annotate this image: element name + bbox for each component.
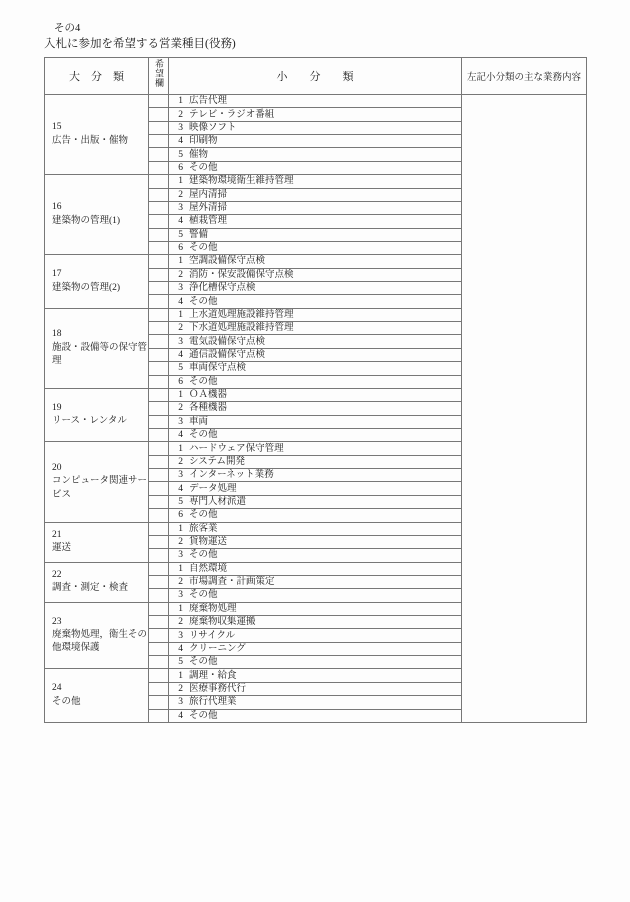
wish-checkbox-cell: [149, 108, 169, 121]
major-category-cell: 20コンピュータ関連サービス: [45, 442, 149, 522]
minor-category-number: 1: [172, 603, 183, 615]
minor-category-label: 貨物運送: [189, 537, 227, 547]
minor-category-label: 廃棄物処理: [189, 604, 237, 614]
minor-category-label: インターネット業務: [189, 470, 274, 480]
wish-checkbox-cell: [149, 215, 169, 228]
minor-category-label: 医療事務代行: [189, 684, 246, 694]
minor-category-cell: 3インターネット業務: [169, 469, 462, 482]
wish-checkbox-cell: [149, 95, 169, 108]
minor-category-number: 1: [172, 389, 183, 401]
minor-category-number: 4: [172, 429, 183, 441]
wish-checkbox-cell: [149, 388, 169, 401]
minor-category-cell: 1ハードウェア保守管理: [169, 442, 462, 455]
wish-checkbox-cell: [149, 642, 169, 655]
header-business-content: 左記小分類の主な業務内容: [462, 58, 587, 95]
major-category-number: 21: [52, 529, 147, 542]
minor-category-cell: 6その他: [169, 509, 462, 522]
header-row: 大 分 類 希望欄 小 分 類 左記小分類の主な業務内容: [45, 58, 587, 95]
minor-category-label: 電気設備保守点検: [189, 337, 265, 347]
minor-category-cell: 1自然環境: [169, 562, 462, 575]
minor-category-label: その他: [189, 711, 218, 721]
minor-category-label: 広告代理: [189, 96, 227, 106]
minor-category-number: 1: [172, 443, 183, 455]
minor-category-cell: 2貨物運送: [169, 535, 462, 548]
minor-category-cell: 2医療事務代行: [169, 682, 462, 695]
minor-category-label: 自然環境: [189, 564, 227, 574]
minor-category-cell: 4通信設備保守点検: [169, 348, 462, 361]
wish-checkbox-cell: [149, 402, 169, 415]
major-category-cell: 15広告・出版・催物: [45, 95, 149, 175]
minor-category-number: 3: [172, 696, 183, 708]
minor-category-number: 5: [172, 229, 183, 241]
minor-category-number: 1: [172, 175, 183, 187]
minor-category-label: 上水道処理施設維持管理: [189, 310, 294, 320]
wish-checkbox-cell: [149, 549, 169, 562]
minor-category-number: 2: [172, 322, 183, 334]
major-category-cell: 17建築物の管理(2): [45, 255, 149, 308]
wish-checkbox-cell: [149, 482, 169, 495]
wish-checkbox-cell: [149, 709, 169, 722]
minor-category-cell: 4その他: [169, 709, 462, 722]
minor-category-cell: 3電気設備保守点検: [169, 335, 462, 348]
minor-category-cell: 1建築物環境衛生維持管理: [169, 175, 462, 188]
business-content-cell: [462, 95, 587, 723]
minor-category-cell: 5その他: [169, 656, 462, 669]
minor-category-cell: 3その他: [169, 549, 462, 562]
minor-category-number: 2: [172, 402, 183, 414]
major-category-name: リース・レンタル: [52, 415, 147, 428]
major-category-cell: 19リース・レンタル: [45, 388, 149, 441]
minor-category-number: 5: [172, 149, 183, 161]
minor-category-label: クリーニング: [189, 644, 246, 654]
wish-checkbox-cell: [149, 148, 169, 161]
minor-category-number: 3: [172, 589, 183, 601]
classification-table: 大 分 類 希望欄 小 分 類 左記小分類の主な業務内容 15広告・出版・催物1…: [44, 57, 587, 723]
minor-category-label: システム開発: [189, 457, 245, 467]
wish-checkbox-cell: [149, 335, 169, 348]
minor-category-number: 2: [172, 536, 183, 548]
minor-category-cell: 2廃棄物収集運搬: [169, 616, 462, 629]
minor-category-label: その他: [189, 430, 218, 440]
wish-checkbox-cell: [149, 282, 169, 295]
wish-checkbox-cell: [149, 268, 169, 281]
major-category-cell: 22調査・測定・検査: [45, 562, 149, 602]
wish-checkbox-cell: [149, 175, 169, 188]
major-category-cell: 23廃棄物処理，衛生その他環境保護: [45, 602, 149, 669]
major-category-cell: 16建築物の管理(1): [45, 175, 149, 255]
minor-category-number: 6: [172, 376, 183, 388]
major-category-name: 廃棄物処理，衛生その他環境保護: [52, 629, 147, 656]
wish-checkbox-cell: [149, 442, 169, 455]
major-category-name: 調査・測定・検査: [52, 582, 147, 595]
major-category-number: 15: [52, 121, 147, 134]
minor-category-cell: 6その他: [169, 161, 462, 174]
minor-category-cell: 3その他: [169, 589, 462, 602]
minor-category-number: 2: [172, 456, 183, 468]
minor-category-number: 4: [172, 135, 183, 147]
minor-category-number: 1: [172, 523, 183, 535]
minor-category-label: 屋内清掃: [189, 190, 227, 200]
wish-checkbox-cell: [149, 362, 169, 375]
wish-checkbox-cell: [149, 201, 169, 214]
minor-category-cell: 5警備: [169, 228, 462, 241]
wish-checkbox-cell: [149, 121, 169, 134]
wish-checkbox-cell: [149, 575, 169, 588]
major-category-name: その他: [52, 696, 147, 709]
minor-category-cell: 2屋内清掃: [169, 188, 462, 201]
minor-category-number: 6: [172, 162, 183, 174]
minor-category-label: 各種機器: [189, 403, 227, 413]
minor-category-number: 4: [172, 483, 183, 495]
major-category-number: 24: [52, 682, 147, 695]
minor-category-number: 3: [172, 282, 183, 294]
minor-category-cell: 2システム開発: [169, 455, 462, 468]
wish-checkbox-cell: [149, 161, 169, 174]
wish-checkbox-cell: [149, 348, 169, 361]
minor-category-number: 1: [172, 309, 183, 321]
major-category-name: 施設・設備等の保守管理: [52, 342, 147, 369]
wish-checkbox-cell: [149, 509, 169, 522]
major-category-number: 22: [52, 569, 147, 582]
minor-category-number: 3: [172, 202, 183, 214]
minor-category-cell: 2テレビ・ラジオ番組: [169, 108, 462, 121]
minor-category-number: 6: [172, 509, 183, 521]
wish-checkbox-cell: [149, 696, 169, 709]
minor-category-cell: 5催物: [169, 148, 462, 161]
minor-category-number: 5: [172, 656, 183, 668]
major-category-name: 建築物の管理(2): [52, 282, 147, 295]
minor-category-number: 4: [172, 643, 183, 655]
minor-category-cell: 1広告代理: [169, 95, 462, 108]
minor-category-number: 6: [172, 242, 183, 254]
wish-checkbox-cell: [149, 322, 169, 335]
table-row: 15広告・出版・催物1広告代理: [45, 95, 587, 108]
minor-category-label: その他: [189, 550, 218, 560]
wish-checkbox-cell: [149, 495, 169, 508]
wish-checkbox-cell: [149, 522, 169, 535]
major-category-name: 運送: [52, 542, 147, 555]
minor-category-label: ハードウェア保守管理: [189, 444, 284, 454]
minor-category-number: 4: [172, 349, 183, 361]
wish-checkbox-cell: [149, 375, 169, 388]
wish-checkbox-cell: [149, 656, 169, 669]
minor-category-label: 植栽管理: [189, 216, 227, 226]
minor-category-label: 屋外清掃: [189, 203, 227, 213]
minor-category-cell: 1空調設備保守点検: [169, 255, 462, 268]
page-title: 入札に参加を希望する営業種目(役務): [44, 38, 236, 52]
minor-category-number: 3: [172, 549, 183, 561]
wish-checkbox-cell: [149, 255, 169, 268]
minor-category-number: 2: [172, 269, 183, 281]
minor-category-label: その他: [189, 590, 218, 600]
wish-checkbox-cell: [149, 415, 169, 428]
minor-category-number: 1: [172, 670, 183, 682]
wish-column-vertical-label: 希望欄: [154, 59, 163, 88]
minor-category-cell: 2各種機器: [169, 402, 462, 415]
major-category-name: コンピュータ関連サービス: [52, 475, 147, 502]
wish-checkbox-cell: [149, 589, 169, 602]
wish-checkbox-cell: [149, 669, 169, 682]
minor-category-cell: 4その他: [169, 428, 462, 441]
minor-category-number: 1: [172, 95, 183, 107]
major-category-cell: 24その他: [45, 669, 149, 722]
minor-category-number: 3: [172, 416, 183, 428]
minor-category-label: その他: [189, 657, 218, 667]
minor-category-number: 3: [172, 469, 183, 481]
minor-category-cell: 2下水道処理施設維持管理: [169, 322, 462, 335]
wish-checkbox-cell: [149, 562, 169, 575]
minor-category-cell: 3旅行代理業: [169, 696, 462, 709]
minor-category-cell: 1上水道処理施設維持管理: [169, 308, 462, 321]
minor-category-number: 3: [172, 630, 183, 642]
minor-category-number: 1: [172, 255, 183, 267]
minor-category-cell: 6その他: [169, 241, 462, 254]
header-major-category: 大 分 類: [45, 58, 149, 95]
minor-category-number: 5: [172, 362, 183, 374]
header-minor-category: 小 分 類: [169, 58, 462, 95]
major-category-number: 20: [52, 462, 147, 475]
minor-category-label: 映像ソフト: [189, 123, 237, 133]
minor-category-cell: 1廃棄物処理: [169, 602, 462, 615]
minor-category-cell: 4植栽管理: [169, 215, 462, 228]
wish-checkbox-cell: [149, 469, 169, 482]
minor-category-number: 4: [172, 296, 183, 308]
minor-category-label: その他: [189, 243, 218, 253]
minor-category-number: 1: [172, 563, 183, 575]
minor-category-cell: 2消防・保安設備保守点検: [169, 268, 462, 281]
minor-category-label: 警備: [189, 230, 208, 240]
minor-category-cell: 4印刷物: [169, 135, 462, 148]
table-body: 15広告・出版・催物1広告代理2テレビ・ラジオ番組3映像ソフト4印刷物5催物6そ…: [45, 95, 587, 723]
minor-category-label: 市場調査・計画策定: [189, 577, 275, 587]
minor-category-number: 3: [172, 336, 183, 348]
minor-category-number: 4: [172, 710, 183, 722]
minor-category-label: その他: [189, 163, 218, 173]
minor-category-label: 建築物環境衛生維持管理: [189, 176, 294, 186]
minor-category-cell: 1調理・給食: [169, 669, 462, 682]
minor-category-number: 2: [172, 109, 183, 121]
minor-category-cell: 2市場調査・計画策定: [169, 575, 462, 588]
minor-category-label: 通信設備保守点検: [189, 350, 265, 360]
minor-category-label: 調理・給食: [189, 671, 237, 681]
minor-category-number: 2: [172, 189, 183, 201]
minor-category-label: データ処理: [189, 484, 237, 494]
minor-category-label: その他: [189, 297, 218, 307]
major-category-number: 23: [52, 616, 147, 629]
wish-checkbox-cell: [149, 228, 169, 241]
minor-category-label: 車両: [189, 417, 208, 427]
minor-category-cell: 3屋外清掃: [169, 201, 462, 214]
minor-category-label: その他: [189, 510, 218, 520]
minor-category-number: 3: [172, 122, 183, 134]
minor-category-cell: 3リサイクル: [169, 629, 462, 642]
major-category-number: 18: [52, 328, 147, 341]
minor-category-number: 4: [172, 215, 183, 227]
major-category-cell: 21運送: [45, 522, 149, 562]
major-category-name: 建築物の管理(1): [52, 215, 147, 228]
minor-category-label: 浄化槽保守点検: [189, 283, 256, 293]
wish-checkbox-cell: [149, 428, 169, 441]
minor-category-cell: 3浄化槽保守点検: [169, 282, 462, 295]
minor-category-cell: 1旅客業: [169, 522, 462, 535]
minor-category-label: その他: [189, 377, 218, 387]
wish-checkbox-cell: [149, 295, 169, 308]
wish-checkbox-cell: [149, 602, 169, 615]
major-category-number: 19: [52, 402, 147, 415]
minor-category-cell: 6その他: [169, 375, 462, 388]
minor-category-label: リサイクル: [189, 631, 235, 641]
major-category-name: 広告・出版・催物: [52, 135, 147, 148]
document-page: その4 入札に参加を希望する営業種目(役務) 大 分 類 希望欄 小 分 類 左…: [0, 0, 630, 902]
page-corner-label: その4: [54, 23, 80, 36]
minor-category-label: 専門人材派遣: [189, 497, 246, 507]
minor-category-label: 催物: [189, 150, 208, 160]
minor-category-label: 消防・保安設備保守点検: [189, 270, 294, 280]
major-category-cell: 18施設・設備等の保守管理: [45, 308, 149, 388]
wish-checkbox-cell: [149, 308, 169, 321]
table-header: 大 分 類 希望欄 小 分 類 左記小分類の主な業務内容: [45, 58, 587, 95]
minor-category-label: 印刷物: [189, 136, 218, 146]
minor-category-cell: 4クリーニング: [169, 642, 462, 655]
minor-category-cell: 1ＯＡ機器: [169, 388, 462, 401]
minor-category-number: 2: [172, 683, 183, 695]
minor-category-label: 廃棄物収集運搬: [189, 617, 256, 627]
major-category-number: 16: [52, 201, 147, 214]
wish-checkbox-cell: [149, 241, 169, 254]
wish-checkbox-cell: [149, 135, 169, 148]
minor-category-label: ＯＡ機器: [189, 390, 227, 400]
wish-checkbox-cell: [149, 629, 169, 642]
major-category-number: 17: [52, 268, 147, 281]
minor-category-cell: 4データ処理: [169, 482, 462, 495]
wish-checkbox-cell: [149, 682, 169, 695]
minor-category-number: 2: [172, 576, 183, 588]
minor-category-label: 旅客業: [189, 524, 218, 534]
wish-checkbox-cell: [149, 455, 169, 468]
minor-category-label: 車両保守点検: [189, 363, 246, 373]
minor-category-label: 下水道処理施設維持管理: [189, 323, 294, 333]
minor-category-label: テレビ・ラジオ番組: [189, 110, 274, 120]
wish-checkbox-cell: [149, 188, 169, 201]
wish-checkbox-cell: [149, 616, 169, 629]
header-wish-column: 希望欄: [149, 58, 169, 95]
minor-category-label: 旅行代理業: [189, 697, 237, 707]
minor-category-label: 空調設備保守点検: [189, 256, 265, 266]
wish-checkbox-cell: [149, 535, 169, 548]
minor-category-number: 2: [172, 616, 183, 628]
minor-category-cell: 5車両保守点検: [169, 362, 462, 375]
minor-category-number: 5: [172, 496, 183, 508]
minor-category-cell: 3映像ソフト: [169, 121, 462, 134]
minor-category-cell: 3車両: [169, 415, 462, 428]
minor-category-cell: 4その他: [169, 295, 462, 308]
minor-category-cell: 5専門人材派遣: [169, 495, 462, 508]
